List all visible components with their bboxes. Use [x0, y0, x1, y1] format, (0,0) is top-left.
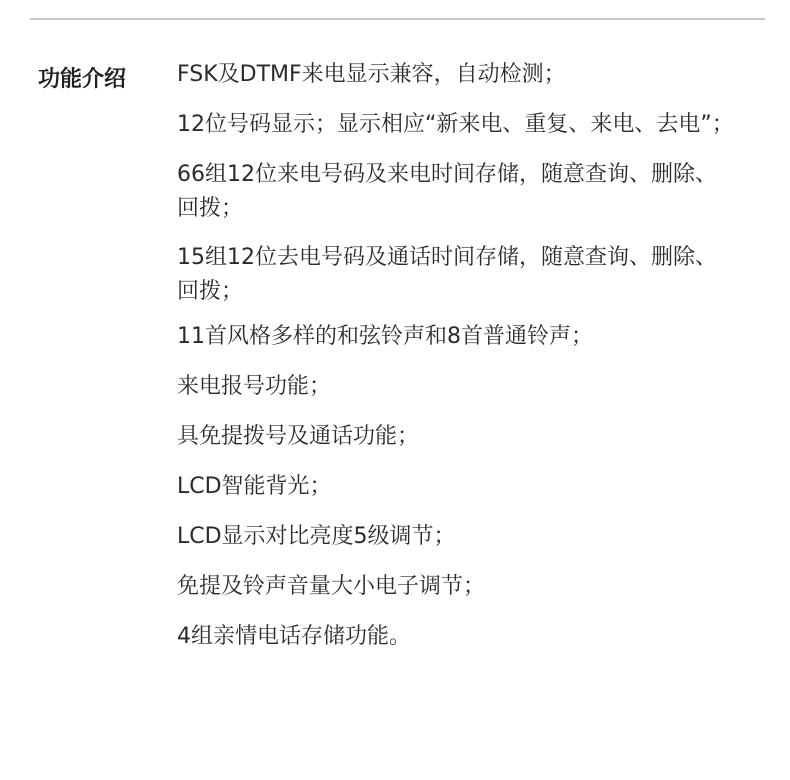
- feature-item: LCD智能背光；: [177, 474, 737, 500]
- feature-item: 15组12位去电号码及通话时间存储，随意查询、删除、回拨；: [177, 241, 737, 309]
- feature-item: LCD显示对比亮度5级调节；: [177, 524, 737, 550]
- feature-item: 12位号码显示；显示相应“新来电、重复、来电、去电”；: [177, 100, 737, 150]
- feature-item: FSK及DTMF来电显示兼容，自动检测；: [177, 62, 737, 88]
- feature-item: 4组亲情电话存储功能。: [177, 624, 737, 650]
- feature-list: FSK及DTMF来电显示兼容，自动检测； 12位号码显示；显示相应“新来电、重复…: [177, 62, 737, 674]
- feature-item: 66组12位来电号码及来电时间存储，随意查询、删除、回拨；: [177, 158, 737, 226]
- top-divider: [30, 18, 765, 20]
- feature-item: 11首风格多样的和弦铃声和8首普通铃声；: [177, 324, 737, 350]
- feature-item: 免提及铃声音量大小电子调节；: [177, 574, 737, 600]
- feature-item: 来电报号功能；: [177, 374, 737, 400]
- feature-item: 具免提拨号及通话功能；: [177, 424, 737, 450]
- section-label: 功能介绍: [38, 62, 126, 93]
